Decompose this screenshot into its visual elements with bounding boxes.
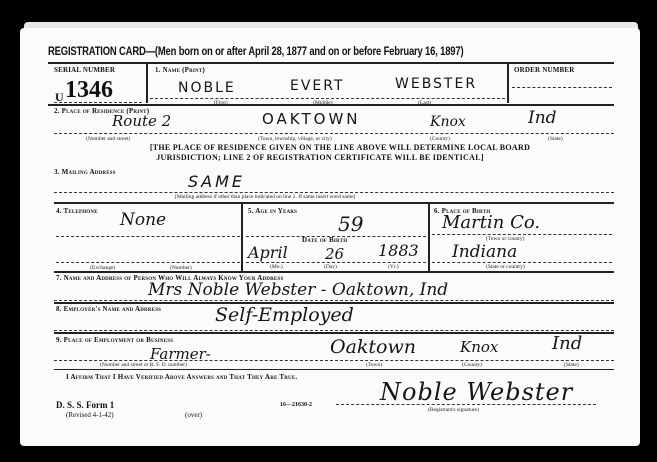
divider	[54, 102, 142, 103]
telephone-label: 4. Telephone	[56, 207, 98, 215]
divider	[507, 63, 509, 103]
caption-emp-county: (County)	[462, 362, 482, 368]
serial-number-value: 1346	[65, 77, 113, 104]
name-first: NOBLE	[178, 80, 236, 96]
form-code: 16—21630-2	[280, 402, 312, 408]
divider	[54, 271, 614, 273]
residence-notice-line1: [THE PLACE OF RESIDENCE GIVEN ON THE LIN…	[60, 143, 620, 152]
serial-number-label: SERIAL NUMBER	[54, 66, 115, 74]
divider	[432, 262, 612, 263]
employment-state: Ind	[552, 333, 582, 354]
card-title: REGISTRATION CARD—(Men born on or after …	[48, 46, 463, 58]
employment-county: Knox	[460, 338, 498, 356]
employment-place-label: 9. Place of Employment or Business	[56, 336, 173, 344]
age-label: 5. Age in Years	[248, 207, 297, 215]
caption-county: (County)	[430, 136, 450, 142]
form-over: (over)	[185, 411, 202, 419]
residence-street: Route 2	[112, 112, 171, 130]
name-last: WEBSTER	[395, 76, 477, 92]
employer-value: Self-Employed	[215, 304, 354, 326]
caption-month: (Mo.)	[270, 264, 283, 270]
divider	[246, 262, 426, 263]
affirmation-text: I Affirm That I Have Verified Above Answ…	[66, 373, 297, 381]
residence-state: Ind	[528, 108, 557, 128]
dob-day: 26	[325, 245, 344, 263]
employer-label: 8. Employer's Name and Address	[56, 305, 161, 313]
caption-year: (Yr.)	[388, 264, 399, 270]
divider	[54, 133, 614, 134]
caption-rfd: (Number and street or R. F. D. number)	[100, 362, 187, 368]
dob-label: Date of Birth	[302, 236, 347, 244]
dob-month: April	[248, 243, 288, 262]
divider	[146, 63, 148, 103]
signature-line	[336, 404, 596, 405]
divider	[54, 202, 614, 204]
divider	[428, 203, 430, 271]
mailing-label: 3. Mailing Address	[54, 168, 116, 176]
residence-town: OAKTOWN	[262, 110, 361, 128]
registrant-signature: Noble Webster	[380, 378, 573, 406]
divider	[56, 236, 240, 237]
divider	[54, 330, 614, 331]
employment-town: Oaktown	[330, 336, 416, 358]
birthplace-town: Martin Co.	[442, 212, 540, 233]
divider	[56, 262, 240, 263]
divider	[48, 104, 614, 106]
caption-state: (State)	[548, 136, 563, 142]
divider	[432, 234, 612, 235]
divider	[48, 62, 614, 64]
signature-caption: (Registrant's signature)	[428, 407, 479, 413]
divider	[54, 332, 614, 334]
divider	[54, 300, 614, 301]
caption-day: (Day)	[324, 264, 337, 270]
divider	[241, 203, 243, 271]
form-revised: (Revised 4-1-42)	[66, 411, 114, 419]
caption-emp-state: (State)	[564, 362, 579, 368]
form-number: D. S. S. Form 1	[56, 400, 114, 410]
caption-town: (Town, township, village, or city)	[258, 136, 332, 142]
divider	[150, 98, 505, 99]
mailing-value: Same	[188, 172, 245, 191]
age-value: 59	[338, 212, 363, 236]
divider	[54, 192, 614, 193]
mailing-caption: [Mailing address if other than place ind…	[175, 194, 355, 200]
name-middle: EVERT	[290, 78, 345, 94]
telephone-value: None	[120, 210, 166, 230]
divider	[54, 360, 614, 361]
divider	[54, 369, 614, 370]
caption-birth-state: (State or country)	[486, 264, 525, 270]
caption-emp-town: (Town)	[366, 362, 382, 368]
dob-year: 1883	[378, 241, 419, 260]
order-number-label: ORDER NUMBER	[514, 66, 575, 74]
name-label: 1. Name (Print)	[155, 66, 205, 74]
divider	[512, 87, 612, 88]
caption-street: (Number and street)	[86, 136, 130, 142]
residence-notice-line2: JURISDICTION; LINE 2 OF REGISTRATION CER…	[60, 153, 580, 162]
residence-county: Knox	[430, 114, 466, 130]
contact-value: Mrs Noble Webster - Oaktown, Ind	[148, 280, 448, 300]
birthplace-state: Indiana	[452, 242, 517, 262]
